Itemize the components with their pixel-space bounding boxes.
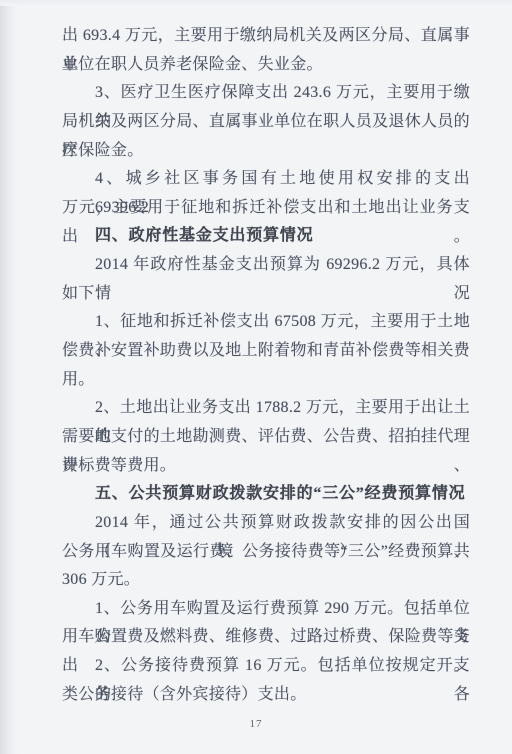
paragraph-line: 2014 年政府性基金支出预算为 69296.2 万元，具体情况	[62, 251, 470, 280]
scan-left-edge-shadow	[0, 0, 18, 754]
paragraph-line: 万元，主要用于征地和拆迁补偿支出和土地出让业务支出。	[62, 194, 470, 223]
document-body-text: 出 693.4 万元，主要用于缴纳局机关及两区分局、直属事业 单位在职人员养老保…	[62, 22, 470, 709]
paragraph-line: 2014 年，通过公共预算财政拨款安排的因公出国（境）、	[62, 509, 470, 538]
paragraph-line: 局机关及两区分局、直属事业单位在职人员及退休人员的医	[62, 108, 470, 137]
paragraph-line: 单位在职人员养老保险金、失业金。	[62, 51, 470, 80]
document-page: { "page": { "number": "17", "background_…	[0, 0, 512, 754]
paragraph-line: 出 693.4 万元，主要用于缴纳局机关及两区分局、直属事业	[62, 22, 470, 51]
page-number: 17	[0, 718, 512, 730]
section-heading-three-public-expenses: 五、公共预算财政拨款安排的“三公”经费预算情况	[62, 480, 470, 509]
paragraph-line: 1、公务用车购置及运行费预算 290 万元。包括单位公务	[62, 595, 470, 624]
scan-top-edge-shadow	[0, 0, 512, 6]
paragraph-line: 疗保险金。	[62, 137, 470, 166]
paragraph-line: 4、城乡社区事务国有土地使用权安排的支出 69396.2	[62, 165, 470, 194]
paragraph-line: 1、征地和拆迁补偿支出 67508 万元，主要用于土地补	[62, 308, 470, 337]
paragraph-line: 306 万元。	[62, 566, 470, 595]
paragraph-line: 2、公务接待费预算 16 万元。包括单位按规定开支的各	[62, 652, 470, 681]
paragraph-line: 2、土地出让业务支出 1788.2 万元，主要用于出让土地	[62, 394, 470, 423]
paragraph-line: 公务用车购置及运行费、公务接待费等“三公”经费预算共	[62, 538, 470, 567]
paragraph-line: 偿费、安置补助费以及地上附着物和青苗补偿费等相关费	[62, 337, 470, 366]
paragraph-line: 3、医疗卫生医疗保障支出 243.6 万元，主要用于缴纳	[62, 79, 470, 108]
paragraph-line: 用车购置费及燃料费、维修费、过路过桥费、保险费等支出。	[62, 623, 470, 652]
paragraph-line: 用。	[62, 366, 470, 395]
paragraph-line: 需要的支付的土地勘测费、评估费、公告费、招拍挂代理费、	[62, 423, 470, 452]
